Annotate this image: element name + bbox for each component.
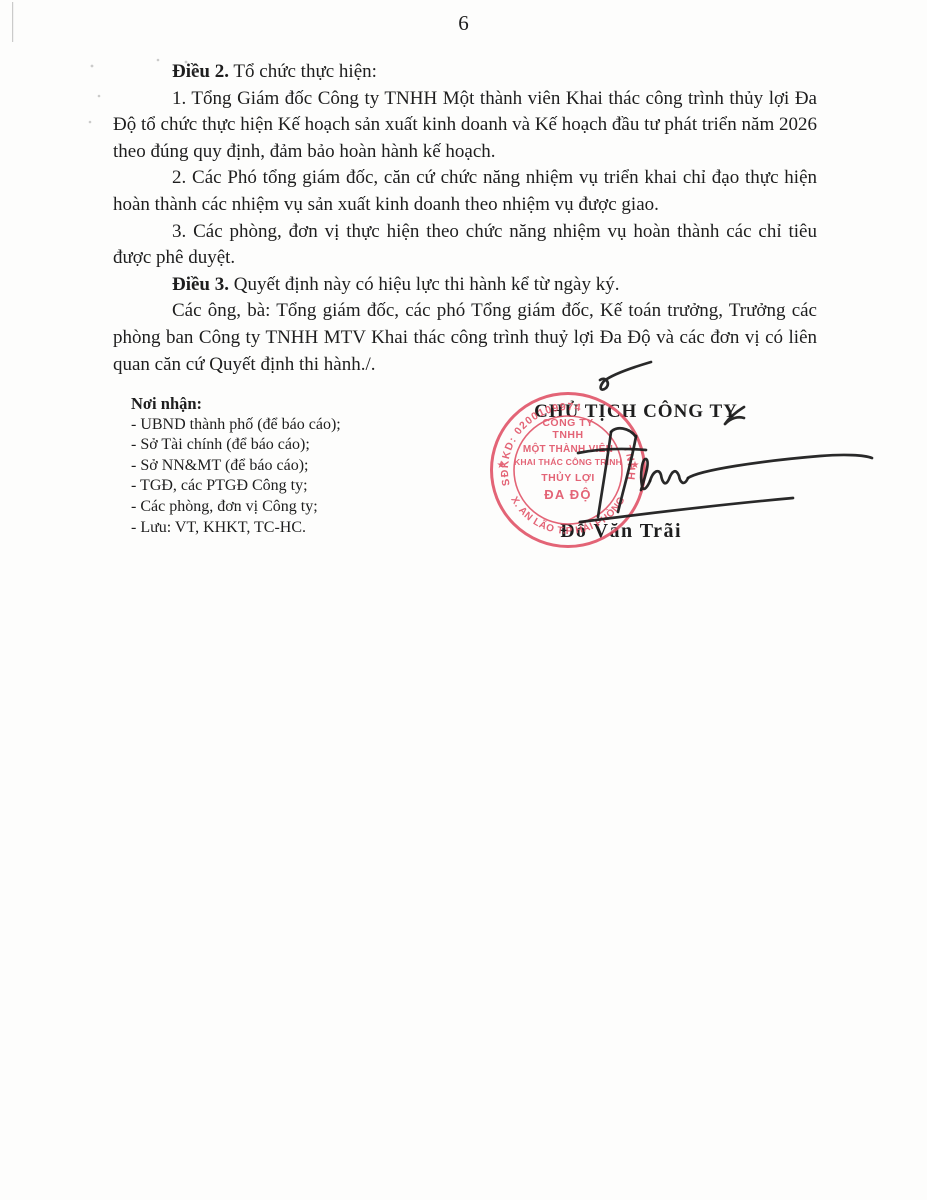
seal-center-line: CÔNG TY: [542, 416, 593, 429]
seal-center-line: MỘT THÀNH VIÊN: [523, 442, 613, 455]
recipient-item: - Các phòng, đơn vị Công ty;: [131, 497, 341, 518]
recipient-item: - Lưu: VT, KHKT, TC-HC.: [131, 518, 341, 539]
article-2-text: Tổ chức thực hiện:: [229, 61, 377, 82]
article-3-heading: Điều 3. Quyết định này có hiệu lực thi h…: [113, 272, 817, 299]
seal-center-line: KHAI THÁC CÔNG TRÌNH: [514, 456, 622, 467]
paragraph-3: 3. Các phòng, đơn vị thực hiện theo chức…: [113, 219, 817, 272]
scanned-document-page: 6 Điều 2. Tổ chức thực hiện: 1. Tổng Giá…: [0, 0, 927, 1200]
seal-star-right-icon: ★: [631, 460, 640, 471]
paragraph-4: Các ông, bà: Tổng giám đốc, các phó Tổng…: [113, 298, 817, 378]
seal-center-line: THỦY LỢI: [541, 471, 595, 484]
recipient-item: - Sở Tài chính (để báo cáo);: [131, 435, 341, 456]
recipient-item: - UBND thành phố (để báo cáo);: [131, 415, 341, 436]
paragraph-2: 2. Các Phó tổng giám đốc, căn cứ chức nă…: [113, 165, 817, 218]
seal-center-line: TNHH: [552, 429, 583, 441]
recipients-block: Nơi nhận: - UBND thành phố (để báo cáo);…: [131, 394, 341, 538]
document-body: Điều 2. Tổ chức thực hiện: 1. Tổng Giám …: [113, 59, 817, 378]
article-2-label: Điều 2.: [172, 61, 229, 82]
paragraph-1: 1. Tổng Giám đốc Công ty TNHH Một thành …: [113, 86, 817, 166]
recipient-item: - TGĐ, các PTGĐ Công ty;: [131, 476, 341, 497]
article-3-text: Quyết định này có hiệu lực thi hành kể t…: [229, 274, 619, 295]
article-3-label: Điều 3.: [172, 274, 229, 295]
seal-center-line: ĐA ĐỘ: [544, 487, 591, 502]
seal-star-left-icon: ★: [497, 460, 506, 471]
article-2-heading: Điều 2. Tổ chức thực hiện:: [113, 59, 817, 86]
page-number: 6: [0, 11, 927, 36]
recipient-item: - Sở NN&MT (để báo cáo);: [131, 456, 341, 477]
recipients-heading: Nơi nhận:: [131, 394, 341, 415]
company-seal-stamp: SĐKKD: 0200109974 TNHH X. AN LÃO T.P HẢI…: [486, 388, 650, 552]
